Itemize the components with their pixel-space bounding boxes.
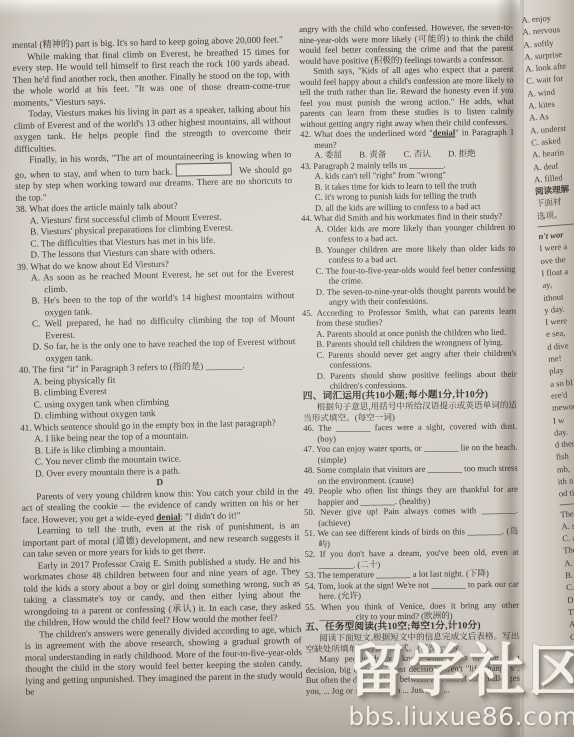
paragraph-with-empty-box: Finally, in his words, "The art of mount…	[14, 149, 292, 204]
exam-paper-photo: mental (精神的) part is big. It's so hard t…	[0, 0, 574, 737]
text-line: A. Older kids are more likely than young…	[301, 221, 515, 244]
question-48: 48. Some complain that visitors are ____…	[304, 463, 518, 486]
watermark: 留学社区 bbs.liuxue86.com	[348, 643, 574, 731]
left-column: mental (精神的) part is big. It's so hard t…	[12, 34, 303, 698]
right-column: angry with the child who confessed. Howe…	[299, 22, 520, 696]
question-51: 51. We can see different kinds of birds …	[304, 526, 518, 549]
question-54: 54. Tom, look at the sign! We're not ___…	[305, 578, 519, 601]
question-46: 46. The ________ faces were a sight, cov…	[303, 421, 517, 444]
underlined-word: denial	[156, 511, 180, 522]
text-line: Today, Viesturs makes his living in part…	[13, 103, 291, 155]
underlined-word: denial	[433, 127, 456, 137]
text-line: D. Parents should show positive feelings…	[303, 368, 517, 391]
empty-box	[176, 162, 232, 176]
text-line: While making that final climb on Everest…	[12, 46, 290, 109]
text-line: The	[560, 503, 574, 520]
text-line: The children's answers were generally di…	[24, 624, 302, 699]
divider-rule	[560, 500, 574, 505]
watermark-title: 留学社区	[348, 643, 574, 700]
section-4-instructions: 根据句子意思,用括号中所给汉语提示或英语单词的适当形式填空。(每空一词)	[303, 400, 517, 423]
question-50: 50. Never give up! Pain always comes wit…	[304, 505, 518, 528]
text-line: C. The four-to-five-year-olds would feel…	[302, 263, 516, 286]
divider-rule	[538, 222, 574, 227]
question-42: 42. What does the underlined word "denia…	[300, 127, 514, 150]
passage-d-paragraph-1: Parents of very young children know this…	[21, 486, 299, 526]
question-47: 47. You can enjoy water sports, or _____…	[303, 442, 517, 465]
question-52: 52. If you don't have a dream, you've be…	[304, 547, 518, 570]
question-55: 55. When you think of Venice, does it br…	[305, 599, 519, 622]
question-49: 49. People who often list things they ar…	[304, 484, 518, 507]
text-line: Learning to tell the truth, even at the …	[22, 520, 300, 560]
text-line: Early in 2017 Professor Craig E. Smith p…	[23, 555, 301, 630]
text-line: D. The seven-to-nine-year-olds thought p…	[302, 284, 516, 307]
text-line: C. Parents should never get angry after …	[302, 347, 516, 370]
text-line: angry with the child who confessed. Howe…	[299, 22, 513, 66]
text-line: Smith says, "Kids of all ages who expect…	[299, 64, 514, 129]
text-line: B. Younger children are more likely than…	[301, 242, 515, 265]
question-45: 45. According to Professor Smith, what c…	[302, 305, 516, 328]
watermark-url: bbs.liuxue86.com	[348, 702, 574, 731]
